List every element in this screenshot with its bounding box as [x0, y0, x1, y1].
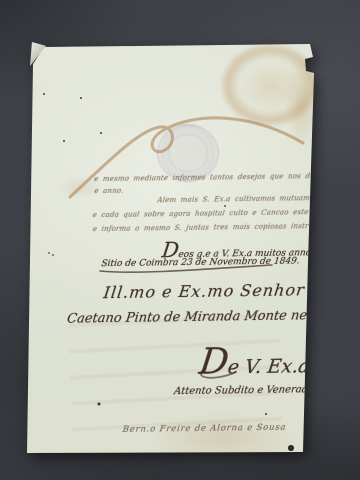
manuscript-paper: e mesmo mediante informes tantos desejos…: [0, 0, 360, 480]
body-line-3: Alem mais S. Ex.a cultivamos mutuamente …: [157, 194, 351, 205]
addressee-name: Caetano Pinto de Miranda Monte negro.: [66, 308, 334, 327]
addressee-honorific: Ill.mo e Ex.mo Senhor: [103, 280, 306, 302]
closing-courtesy: De V. Ex.a: [197, 340, 313, 383]
signature: Attento Subdito e Venerador: [173, 384, 319, 397]
body-line-2: e anno.: [94, 187, 124, 195]
body-line-4: e cada qual sobre agora hospital culto e…: [92, 207, 360, 219]
dateline: Sitio de Coimbra 23 de Novembro de 1849.: [101, 256, 301, 269]
foxing-specks: [0, 0, 2, 2]
archival-annotation: Bern.o Freire de Alorna e Sousa: [122, 423, 287, 435]
body-line-1: e mesmo mediante informes tantos desejos…: [94, 171, 360, 183]
body-line-5: e informa o mesmo S. juntas tres mais co…: [92, 221, 360, 233]
handwritten-text-layer: e mesmo mediante informes tantos desejos…: [0, 0, 360, 480]
photo-of-manuscript: e mesmo mediante informes tantos desejos…: [0, 0, 360, 480]
